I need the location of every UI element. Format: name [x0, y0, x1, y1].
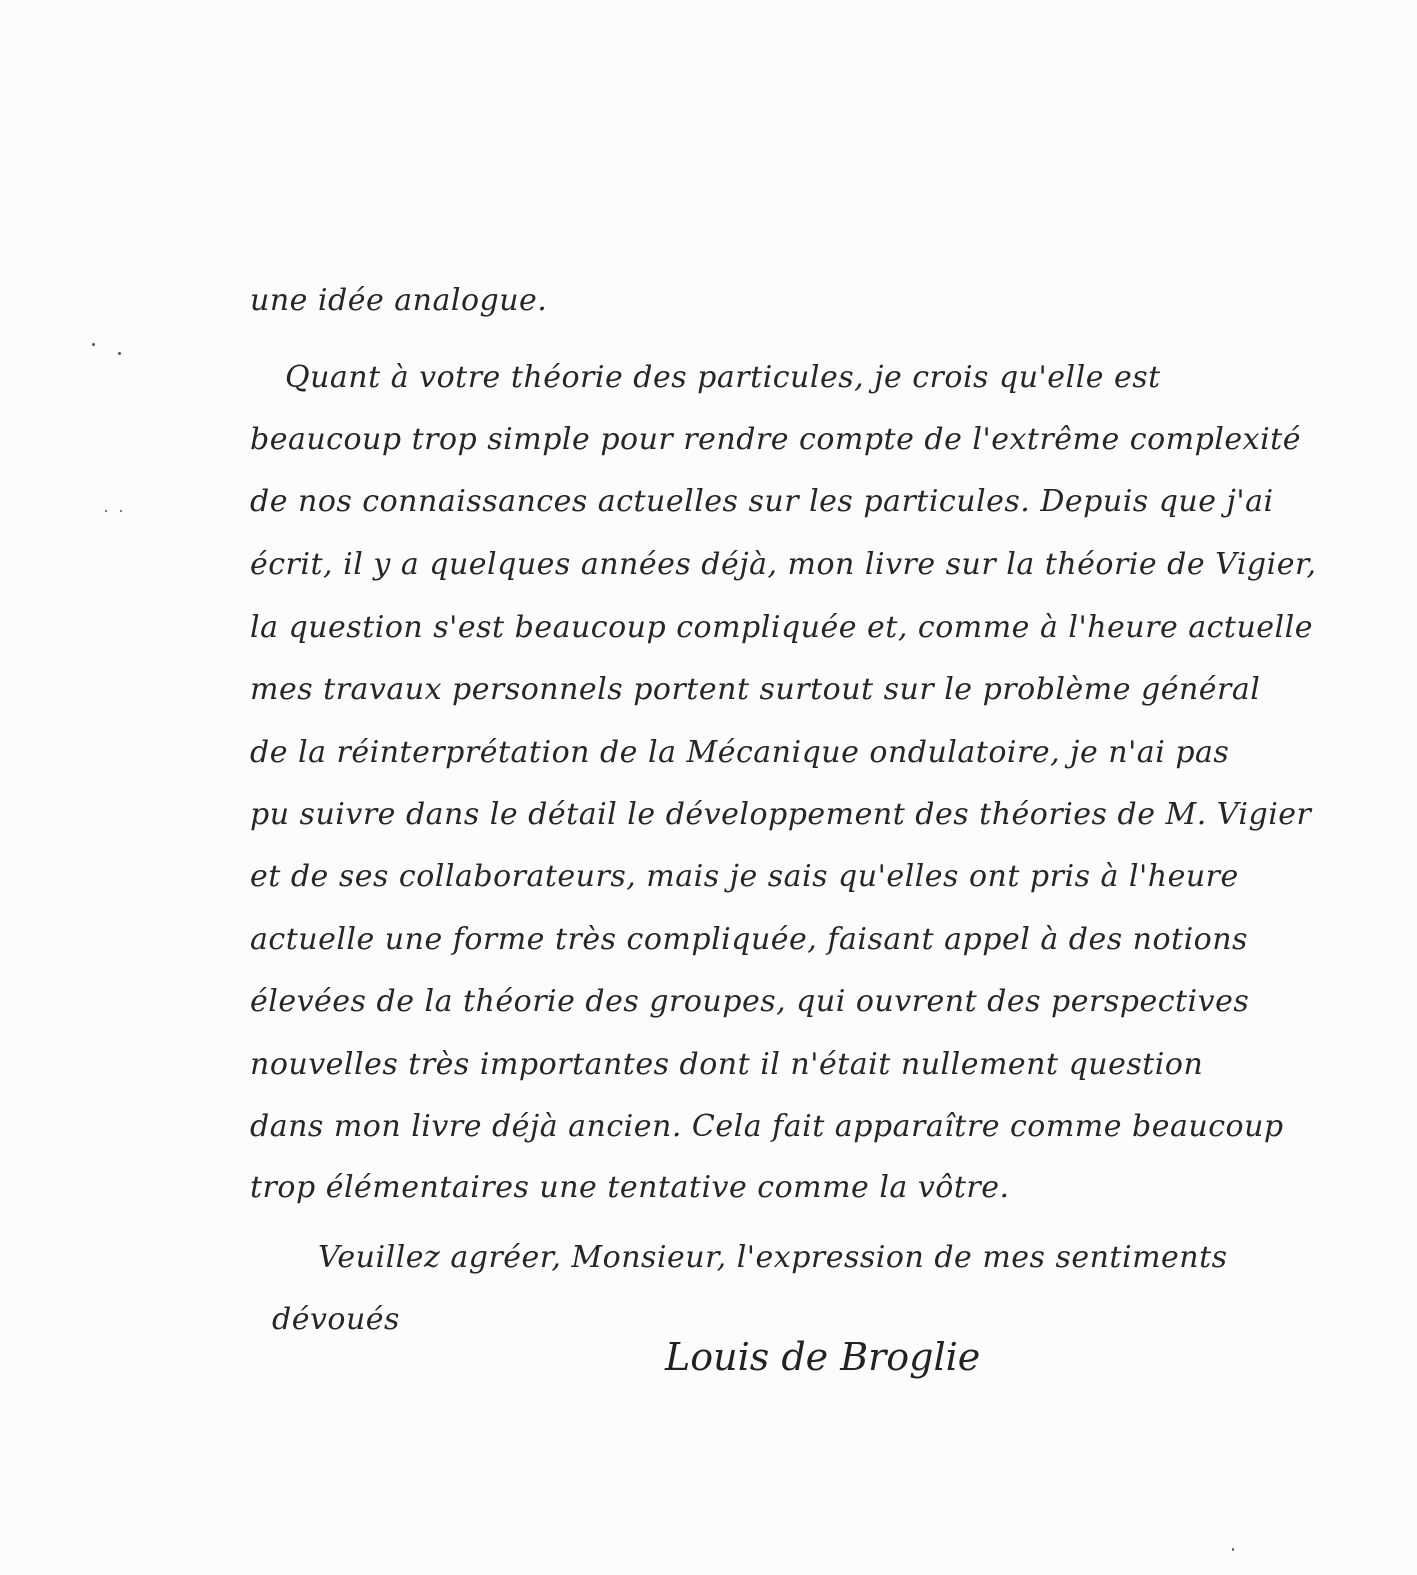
letter-page: une idée analogue. Quant à votre théorie…	[0, 0, 1417, 1575]
signature: Louis de Broglie	[665, 1335, 980, 1379]
letter-line-3: beaucoup trop simple pour rendre compte …	[250, 422, 1301, 457]
letter-line-15: trop élémentaires une tentative comme la…	[250, 1170, 1010, 1205]
letter-line-12: élevées de la théorie des groupes, qui o…	[250, 984, 1249, 1019]
letter-line-10: et de ses collaborateurs, mais je sais q…	[250, 859, 1239, 894]
letter-line-5: écrit, il y a quelques années déjà, mon …	[250, 547, 1317, 582]
letter-line-2: Quant à votre théorie des particules, je…	[285, 360, 1161, 395]
letter-line-9: pu suivre dans le détail le développemen…	[250, 797, 1311, 832]
letter-line-8: de la réinterprétation de la Mécanique o…	[250, 735, 1229, 770]
scan-speck	[1232, 1548, 1234, 1551]
scan-speck	[105, 510, 107, 512]
letter-line-14: dans mon livre déjà ancien. Cela fait ap…	[250, 1109, 1284, 1144]
letter-line-7: mes travaux personnels portent surtout s…	[250, 672, 1260, 707]
closing-line-1: Veuillez agréer, Monsieur, l'expression …	[318, 1240, 1228, 1275]
letter-line-1: une idée analogue.	[250, 283, 547, 318]
scan-speck	[92, 343, 95, 346]
letter-line-11: actuelle une forme très compliquée, fais…	[250, 922, 1248, 957]
scan-speck	[118, 352, 121, 355]
closing-line-2: dévoués	[272, 1302, 400, 1337]
letter-line-6: la question s'est beaucoup compliquée et…	[250, 610, 1313, 645]
scan-speck	[120, 510, 122, 512]
letter-line-13: nouvelles très importantes dont il n'éta…	[250, 1047, 1203, 1082]
letter-line-4: de nos connaissances actuelles sur les p…	[250, 484, 1274, 519]
